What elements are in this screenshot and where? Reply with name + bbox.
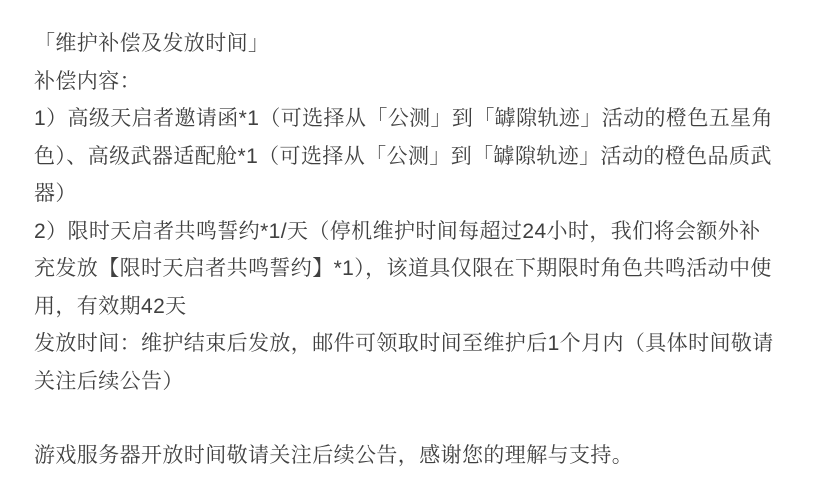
text-line: 用，有效期42天 [34, 288, 796, 326]
compensation-heading: 补偿内容： [34, 63, 796, 101]
text-line: 关注后续公告） [34, 363, 796, 401]
text-line: 器） [34, 175, 796, 213]
compensation-item-2: 2）限时天启者共鸣誓约*1/天（停机维护时间每超过24小时，我们将会额外补充发放… [34, 213, 796, 326]
text-line: 发放时间：维护结束后发放，邮件可领取时间至维护后1个月内（具体时间敬请 [34, 325, 796, 363]
text-line: 1）高级天启者邀请函*1（可选择从「公测」到「罅隙轨迹」活动的橙色五星角 [34, 100, 796, 138]
section-title: 「维护补偿及发放时间」 [34, 25, 796, 63]
announcement-document: 「维护补偿及发放时间」补偿内容：1）高级天启者邀请函*1（可选择从「公测」到「罅… [0, 0, 826, 485]
text-line: 「维护补偿及发放时间」 [34, 25, 796, 63]
text-line: 充发放【限时天启者共鸣誓约】*1），该道具仅限在下期限时角色共鸣活动中使 [34, 250, 796, 288]
text-line: 补偿内容： [34, 63, 796, 101]
announcement-body: 「维护补偿及发放时间」补偿内容：1）高级天启者邀请函*1（可选择从「公测」到「罅… [34, 25, 796, 475]
closing-note: 游戏服务器开放时间敬请关注后续公告，感谢您的理解与支持。 [34, 437, 796, 475]
compensation-item-1: 1）高级天启者邀请函*1（可选择从「公测」到「罅隙轨迹」活动的橙色五星角色）、高… [34, 100, 796, 213]
text-line: 游戏服务器开放时间敬请关注后续公告，感谢您的理解与支持。 [34, 437, 796, 475]
distribution-time: 发放时间：维护结束后发放，邮件可领取时间至维护后1个月内（具体时间敬请关注后续公… [34, 325, 796, 400]
text-line: 2）限时天启者共鸣誓约*1/天（停机维护时间每超过24小时，我们将会额外补 [34, 213, 796, 251]
text-line: 色）、高级武器适配舱*1（可选择从「公测」到「罅隙轨迹」活动的橙色品质武 [34, 138, 796, 176]
